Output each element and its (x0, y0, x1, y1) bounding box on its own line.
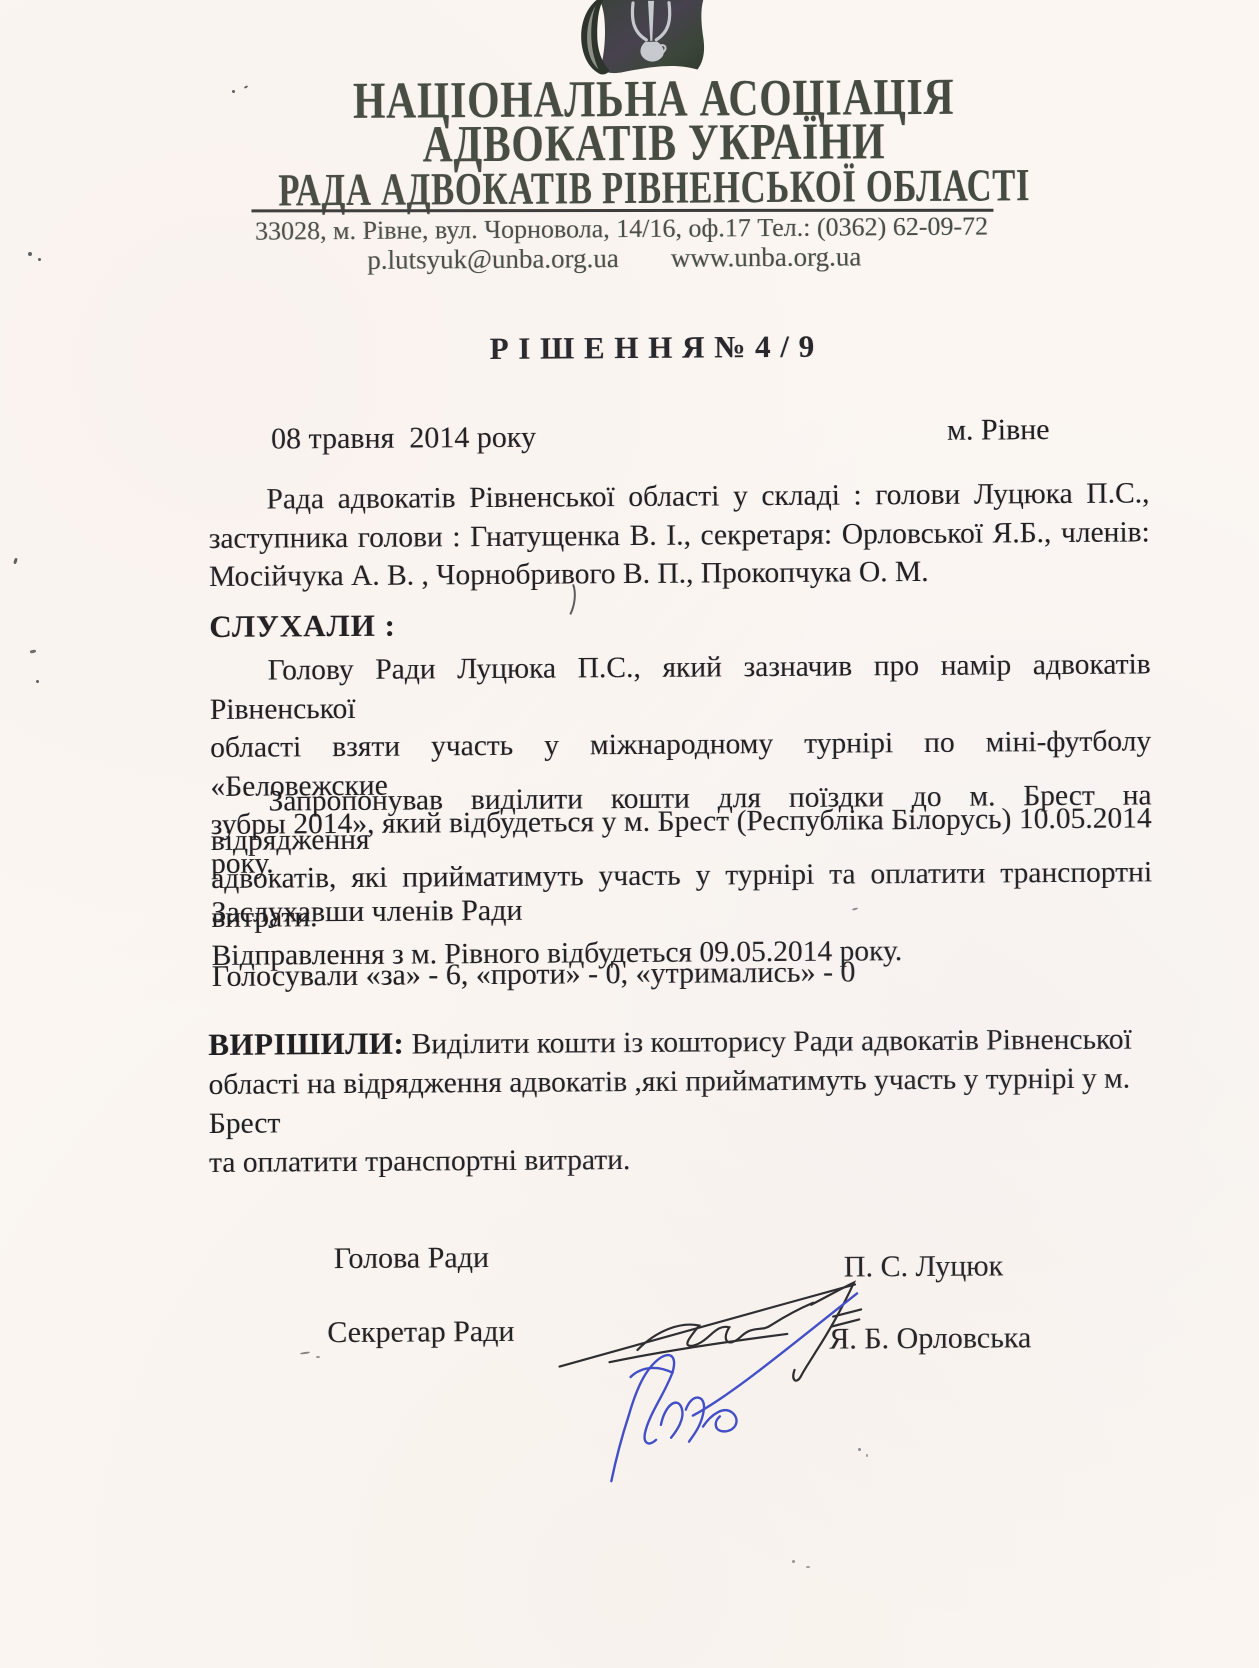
resolved-label: ВИРІШИЛИ: (208, 1026, 404, 1062)
resolved-line1-text: Виділити кошти із кошторису Ради адвокат… (404, 1024, 1132, 1061)
website-text: www.unba.org.ua (671, 241, 862, 273)
paragraph-line: Голову Ради Луцюка П.С., який зазначив п… (210, 645, 1152, 729)
document-content: НАЦІОНАЛЬНА АСОЦІАЦІЯ АДВОКАТІВ УКРАЇНИ … (0, 0, 1259, 1668)
signature-role-chairman: Голова Ради (334, 1241, 489, 1276)
scan-speck (866, 1454, 868, 1457)
heard-paragraph-2: Запропонував виділити кошти для поїздки … (210, 776, 1152, 975)
heard-heading: СЛУХАЛИ : (209, 608, 396, 645)
scan-speck (806, 1566, 810, 1568)
ukraine-trident-emblem (563, 0, 714, 78)
scan-speck (38, 258, 41, 261)
resolved-paragraph: ВИРІШИЛИ: Виділити кошти із кошторису Ра… (208, 1018, 1150, 1183)
council-composition-paragraph: Рада адвокатів Рівненської області у скл… (208, 474, 1150, 596)
letterhead: НАЦІОНАЛЬНА АСОЦІАЦІЯ АДВОКАТІВ УКРАЇНИ … (1, 73, 1259, 212)
scan-speck (316, 1356, 320, 1358)
decision-title: Р І Ш Е Н Н Я № 4 / 9 (2, 325, 1259, 370)
decision-place: м. Рівне (947, 413, 1050, 448)
voting-results-line: Голосували «за» - 6, «проти» - 0, «утрим… (212, 955, 856, 993)
council-name: РАДА АДВОКАТІВ РІВНЕНСЬКОЇ ОБЛАСТІ (164, 164, 1144, 211)
scan-speck (28, 252, 32, 256)
paragraph-line: ВИРІШИЛИ: Виділити кошти із кошторису Ра… (208, 1018, 1149, 1066)
listened-line: Заслухавши членів Ради (211, 894, 522, 930)
paragraph-line: області на відрядження адвокатів ,які пр… (208, 1059, 1150, 1144)
decision-date: 08 травня 2014 року (271, 421, 536, 457)
scan-speck (792, 1560, 795, 1563)
scanned-decision-document: НАЦІОНАЛЬНА АСОЦІАЦІЯ АДВОКАТІВ УКРАЇНИ … (0, 0, 1259, 1668)
scan-speck (858, 1448, 861, 1451)
secretary-signature-ink (564, 1281, 867, 1485)
scan-artifact-mark (564, 582, 578, 616)
paragraph-line: заступника голови : Гнатущенка В. І., се… (209, 513, 1150, 558)
signature-role-secretary: Секретар Ради (327, 1315, 514, 1350)
scan-speck (36, 680, 39, 683)
paragraph-line: Рада адвокатів Рівненської області у скл… (208, 474, 1149, 519)
paragraph-line: та оплатити транспортні витрати. (209, 1137, 1150, 1183)
email-text: p.lutsyuk@unba.org.ua (367, 243, 619, 276)
paragraph-line: Мосійчука А. В. , Чорнобривого В. П., Пр… (209, 551, 1150, 596)
paragraph-line: Запропонував виділити кошти для поїздки … (210, 776, 1152, 860)
scan-speck (232, 90, 235, 93)
